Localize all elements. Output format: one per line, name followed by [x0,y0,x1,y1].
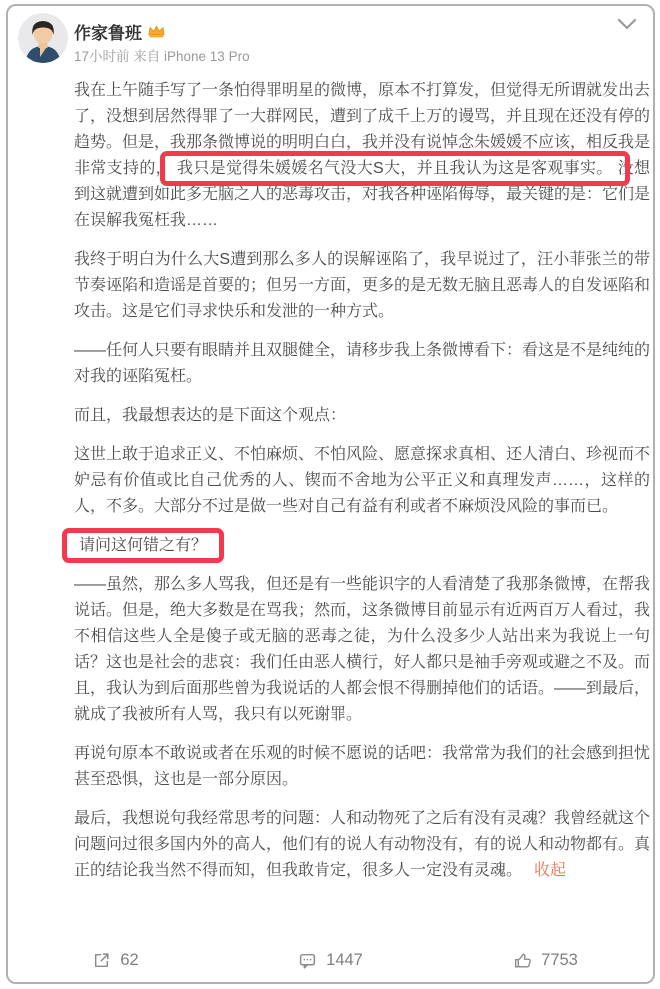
collapse-link[interactable]: 收起 [534,862,566,879]
vip-crown-icon [147,24,166,39]
post-timestamp: 17小时前 来自 iPhone 13 Pro [74,45,250,65]
post-paragraph: ——虽然，那么多人骂我，但还是有一些能识字的人看清楚了我那条微博，在帮我说话。但… [74,572,650,728]
post-paragraph: 再说句原本不敢说或者在乐观的时候不愿说的话吧：我常常为我们的社会感到担忧甚至恐惧… [74,741,650,793]
thumbs-up-icon [513,951,532,970]
post-paragraph: ——任何人只要有眼睛并且双腿健全，请移步我上条微博看下：看这是不是纯纯的对我的诬… [74,338,650,390]
post-header: 作家鲁班 17小时前 来自 iPhone 13 Pro [8,6,653,72]
like-count: 7753 [541,951,578,970]
chevron-down-icon[interactable] [617,18,637,31]
comment-count: 1447 [326,951,363,970]
share-button[interactable]: 62 [8,951,223,970]
avatar-image [18,13,68,63]
like-button[interactable]: 7753 [438,951,653,970]
post-paragraph: 我终于明白为什么大S遭到那么多人的误解诬陷了，我早说过了，汪小菲张兰的带节奏诬陷… [74,247,650,325]
comment-bubble-icon [298,951,317,970]
action-bar: 62 1447 7753 [8,938,653,982]
post-content: 我在上午随手写了一条怕得罪明星的微博，原本不打算发，但觉得无所谓就发出去了，没想… [8,72,653,884]
highlight-box-annotation: 请问这何错之有？ [62,528,224,563]
comment-button[interactable]: 1447 [223,951,438,970]
post-paragraph: 这世上敢于追求正义、不怕麻烦、不怕风险、愿意探求真相、还人清白、珍视而不妒忌有价… [74,442,650,520]
post-paragraph: 请问这何错之有？ [74,533,650,559]
highlight-box-annotation: 我只是觉得朱媛媛名气没大S大，并且我认为这是客观事实。 [160,151,630,186]
post-paragraph: 最后，我想说句我经常思考的问题：人和动物死了之后有没有灵魂？我曾经就这个问题问过… [74,806,650,884]
post-paragraph: 而且，我最想表达的是下面这个观点： [74,403,650,429]
share-count: 62 [120,951,138,970]
share-forward-icon [92,951,111,970]
avatar[interactable] [18,13,68,63]
post-paragraph: 我在上午随手写了一条怕得罪明星的微博，原本不打算发，但觉得无所谓就发出去了，没想… [74,78,650,234]
author-name[interactable]: 作家鲁班 [74,19,142,44]
weibo-post-card: 作家鲁班 17小时前 来自 iPhone 13 Pro 我在上午随手写了一条怕得… [6,4,655,984]
